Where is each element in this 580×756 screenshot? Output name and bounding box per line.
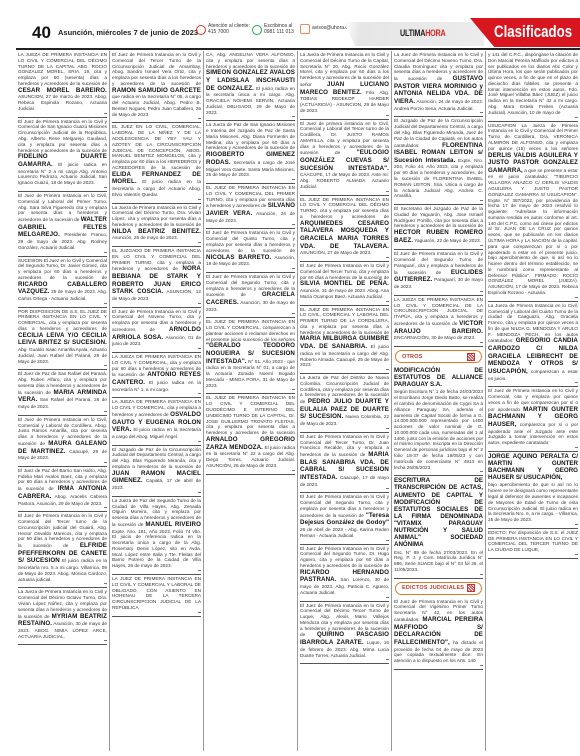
ad-name: FIDELINO DUARTE GAMARRA. [18, 153, 107, 168]
classified-ad: LA JUEZA DE PRIMERA INSTANCIA EN LO CIVI… [112, 353, 201, 398]
qr-code-icon [467, 353, 475, 361]
ad-name: MARIA ARMINDA VERA. [18, 389, 107, 404]
ad-name: NICOLAS BARRETO. [206, 254, 271, 261]
ad-name: MYRIAM BEATRIZ RESTAINO. [18, 613, 107, 628]
ad-code: ▬ [488, 553, 578, 556]
classified-ad: El Juez de Primera Instancia en lo Civil… [18, 192, 107, 257]
ad-code: ▬ [112, 569, 201, 572]
classified-ad: El Juez de Primera Instancia en lo Civil… [394, 598, 483, 670]
brand-logo: ULTIMAHORA [400, 28, 445, 38]
section-label: OTROS [402, 354, 423, 360]
ad-name: MARIA BLAS SANABRIA VDA. DE CABRAL S/ SU… [300, 451, 389, 481]
classifieds-columns: LA JUEZA DE PRIMERA INSTANCIA EN LO CIVI… [16, 51, 580, 751]
ad-name: "Teresa Dejesus González de Godoy" [300, 512, 389, 527]
ad-code: ▬ [18, 302, 107, 305]
ad-code: ▬ [300, 658, 389, 661]
classified-ad: El Juez de Primera Instancia en lo Civil… [112, 51, 201, 123]
classified-ad: La Jueza de Paz del Segundo Turno de la … [112, 497, 201, 575]
classified-ad: EL JUEZ DE PRIMERA INSTANCIA EN LO CIVIL… [206, 318, 295, 394]
phone-icon [196, 25, 206, 35]
ad-code: ▬ [206, 388, 295, 391]
ad-code: ▬ [394, 470, 483, 473]
classified-ad: El Juez de Primera Instancia en lo Civil… [206, 273, 295, 318]
ad-code: ▬ [18, 639, 107, 642]
classified-ad: LA JUEZ DE PRIMERA INSTANCIA EN LO CIVIL… [112, 575, 201, 617]
classified-ad: El Juez de Paz del Barrio San Isidro, Ab… [18, 467, 107, 512]
ad-code: ▬ [300, 368, 389, 371]
ad-name: ELFRIDE PFEFFERKORN DE CANETE S/ SUCESIO… [18, 542, 107, 564]
ad-code: ▬ [300, 539, 389, 542]
classified-ad: El Juzgado de Paz de la Circunscripción … [394, 117, 483, 205]
section-tag-otros: OTROS [395, 350, 482, 363]
ad-name: SIMEON GONZALEZ AVALOS Y LADISLAA INSCHA… [206, 69, 295, 91]
ad-code: ▬ [394, 341, 483, 344]
page-header: 40 Asunción, miércoles 7 de junio de 202… [0, 0, 580, 48]
classified-ad: EL JUEZ DE PRIMERA INSTANCIA EN LO CIVIL… [206, 394, 295, 474]
ad-code: ▬ [206, 223, 295, 226]
classified-ad: EL JUEZ DE PRIMERA INSTANCIA EN LO CIVIL… [300, 196, 389, 262]
column-3: CA, Abg. ANGELINA VERA ALFONSO, cita y e… [204, 51, 298, 751]
ad-name: ARNALDO GREGORIO ZARZA MENDOZA. [206, 436, 295, 451]
ad-code: ▬ [488, 296, 578, 299]
ad-code: ▬ [18, 364, 107, 367]
ad-code: ▬ [112, 440, 201, 443]
issue-date: Asunción, miércoles 7 de junio de 2023 [58, 28, 198, 37]
ad-name: ELIDA FERNANDEZ DE MOREL. [112, 171, 201, 186]
classified-ad: EL JUEZ DE PRIMERA INSTANCIA EN LO CIVIL… [300, 306, 389, 375]
ad-name: GREGORIO CANDIA CARDOZO C/ NILDA GRACIEL… [488, 337, 578, 375]
classified-ad: El Juez de Primera Instancia en lo Civil… [488, 387, 578, 452]
classified-ad: LA JUEZA DE PRIMERA INSTANCIA EN LO CIVI… [112, 398, 201, 445]
classified-ad: LA JUEZA DE PRIMERA INSTANCIA EN LO CIVI… [18, 51, 107, 118]
ad-name: PEDRO JULIO DUARTE Y EULALIA PAEZ DE DUA… [300, 398, 389, 420]
ad-name: NORA BEBIANA DE STARK Y ROBERTO JUAN ERI… [112, 265, 201, 295]
classified-ad: El Juez de Primera Instancia en lo Civil… [394, 250, 483, 295]
ad-code: ▬ [488, 116, 578, 119]
ad-name: HECTOR RUBEN ROMERO BAEZ. [394, 229, 483, 244]
section-banner: Clasificados [470, 18, 580, 47]
ad-name: JUAN RAMON MACIEL GIMENEZ. [112, 470, 201, 485]
classified-ad: MODIFICACIÓN DE ESTATUTOS DE ALLIANCE PA… [394, 366, 483, 476]
section-tag-edictos: EDICTOS JUDICIALES [395, 582, 482, 595]
classified-ad: EL JUZGADO DE PRIMERA INSTANCIA EN LO CI… [112, 247, 201, 308]
ad-name: DERLIS VALDIS AGUILERA Y JUSTO PASTOR GO… [488, 152, 578, 174]
classified-ad: El Juez de Primera Instancia en lo Civil… [300, 262, 389, 306]
classified-ad: EDICTO: Por disposición de S.S. el JUEZ … [488, 529, 578, 559]
ad-code: ▬ [206, 115, 295, 118]
ad-name: MARTIN GUNTER BACHMANN Y GEORG HAUSER, [488, 406, 578, 428]
ad-name: JUAN LUCIANO MARECO BENITEZ. [300, 81, 389, 96]
ad-code: ▬ [488, 381, 578, 384]
ad-code: ▬ [112, 302, 201, 305]
ad-code: ▬ [300, 427, 389, 430]
classified-ad: El Juez de Primera Instancia en lo Civil… [300, 602, 389, 665]
ad-name: ARQUIMEDES CESAREO TALAVERA MOSQUEDA Y G… [300, 220, 389, 250]
page-number: 40 [32, 23, 51, 43]
classified-ad: LA JUEZA DE PRIMERA INSTANCIA EN LO CIVI… [394, 296, 483, 347]
column-5: La Juez de Primera Instancia en lo Civil… [392, 51, 486, 751]
ad-name: IRMA ANTONIA CABRERA. [18, 485, 107, 500]
ad-name: EUCLIDES GUTIERREZ. [394, 269, 483, 284]
ad-name: RIGOBERTO GIMENEZ RODAS. [206, 151, 295, 166]
ad-code: ▬ [300, 114, 389, 117]
classified-ad: El Juez de Primera Instancia en lo Civil… [300, 493, 389, 544]
ad-code: ▬ [300, 300, 389, 303]
ad-code: ▬ [300, 256, 389, 259]
ad-code: ▬ [488, 446, 578, 449]
contact-whatsapp: Escribinos al0981 111 013 [252, 24, 294, 35]
classified-ad: La Jueza de Primera Instancia en lo Civi… [300, 51, 389, 120]
ad-name: MAURA GALEANO DE MARTINEZ. [18, 440, 107, 455]
ad-name: "EULOGIO GONZÁLEZ CUEVAS S/ SUCESIÓN INT… [300, 149, 389, 171]
mail-icon [300, 24, 310, 34]
ad-code: ▬ [394, 664, 483, 667]
ad-code: ▬ [112, 198, 201, 201]
ad-code: ▬ [394, 244, 483, 247]
ad-code: ▬ [112, 392, 201, 395]
ad-code: ▬ [18, 112, 107, 115]
ad-code: ▬ [18, 186, 107, 189]
classified-ad: CA, Abg. ANGELINA VERA ALFONSO, cita y e… [206, 51, 295, 121]
ad-code: ▬ [206, 312, 295, 315]
column-1: LA JUEZA DE PRIMERA INSTANCIA EN LO CIVI… [16, 51, 110, 751]
column-2: El Juez de Primera Instancia en lo Civil… [110, 51, 204, 751]
classified-ad: El Juez de Primera Instancia en lo Civil… [18, 416, 107, 467]
classified-ad: La Jueza de Primera Instancia en lo Civi… [18, 588, 107, 645]
ad-code: ▬ [300, 487, 389, 490]
classified-ad: El Juez de primera instancia en lo Civil… [300, 120, 389, 196]
ad-code: ▬ [300, 596, 389, 599]
ad-code: ▬ [112, 117, 201, 120]
column-6: y 141 del C.P.C., dispóngase la citación… [486, 51, 580, 751]
ad-name: WALTER GABRIEL FELTES MELGAREJO. [18, 216, 107, 238]
classified-ad: ESCRITURA DE TRANSCRIPCIÓN DE ACTAS, AUM… [394, 476, 483, 578]
whatsapp-icon [252, 25, 262, 35]
ad-name: ANTONIO REYES CANTERO. [112, 371, 201, 386]
classified-ad: La Jueza de Paz de San Ignacio Misiones … [206, 121, 295, 184]
ad-code: ▬ [18, 251, 107, 254]
ad-code: ▬ [394, 111, 483, 114]
classified-ad: USUCAPION La Jueza de Primera Instancia … [488, 122, 578, 302]
ad-name: RAMON SAMUDIO GARCETE [112, 87, 201, 94]
ad-name: SILVIA MONTIEL DE PEÑA. [300, 280, 389, 287]
ad-code: ▬ [206, 178, 295, 181]
classified-ad: La Juez de Primera Instancia en lo Civil… [394, 51, 483, 117]
ad-name: OSVALDO GAUTO Y EUGENIA ROLON VERA. [112, 411, 201, 433]
ad-title: JORGE AQUINO PERALTA C/ MARTIN GUNTER BA… [488, 453, 578, 482]
classified-ad: EL JUEZ EN LO CIVIL, COMERCIAL, LABORAL … [112, 123, 201, 203]
classified-ad: El Juez de Primera Instancia en lo Civil… [300, 433, 389, 494]
ad-code: ▬ [18, 506, 107, 509]
ad-name: VICTOR ARAUJO BAREIRO. [394, 320, 483, 335]
column-4: La Jueza de Primera Instancia en lo Civi… [298, 51, 392, 751]
ad-code: ▬ [112, 347, 201, 350]
ad-code: ▬ [394, 573, 483, 576]
classified-ad: La Jueza de Paz del Distrito de Nueva Co… [300, 374, 389, 433]
ad-name: ARNOLDO ARRIOLA SOSA. [112, 326, 201, 341]
section-label: EDICTOS JUDICIALES [402, 585, 464, 591]
classified-ad: El Secretario del Juzgado de Paz de la C… [394, 205, 483, 250]
classified-ad: JORGE AQUINO PERALTA C/ MARTIN GUNTER BA… [488, 452, 578, 529]
classified-ad: La Jueza de Primera Instancia en lo Civi… [112, 204, 201, 248]
ad-name: QUIRINO PASCASIO IBARROLA ZARATE. [300, 631, 389, 646]
ad-title: MODIFICACIÓN DE ESTATUTOS DE ALLIANCE PA… [394, 367, 483, 388]
ad-name: RICARDO CABALLERO VAZQUEZ. [18, 281, 107, 296]
contact-phone: Atención al cliente:415 7000 [196, 24, 250, 35]
classified-ad: El Juez de Primera Instancia en lo Civil… [18, 512, 107, 588]
ad-name: CESAR MOREL BAREIRO. [18, 87, 107, 94]
classified-ad: SUCESION El Juez en lo Civil y Comercial… [18, 257, 107, 308]
qr-code-icon [467, 584, 475, 592]
ad-code: ▬ [300, 190, 389, 193]
ad-code: ▬ [394, 199, 483, 202]
ad-name: GUSTAVO PASTOR VIERA MORINIGO y ANTONIA … [394, 75, 483, 105]
ad-code: ▬ [112, 241, 201, 244]
ad-name: FLORENTINA ISABEL ROMAN LEITON s/ Sucesi… [394, 142, 483, 164]
ad-code: ▬ [206, 469, 295, 472]
ad-code: ▬ [18, 582, 107, 585]
ad-name: GRACIELA CACERES. [206, 291, 295, 306]
classified-ad: El Juzgado de Paz de la Circunscripción … [112, 446, 201, 497]
ad-name: "GERALDO TEODORO NOGUEIRA S/ SUCESION IN… [206, 342, 295, 364]
ad-name: MANUEL RIVEIRO [145, 521, 201, 528]
ad-name: SILVANO JAVIER VERA. [206, 202, 295, 217]
ad-name: CECILIA LEIVA Y/O CECILIA LEIVA BRITEZ S… [18, 332, 107, 347]
classified-ad: POR DISPOSICION DE S.S. EL JUEZ DE PRIME… [18, 308, 107, 371]
classified-ad: La Jueza de Primera Instancia en lo Civi… [488, 302, 578, 388]
classified-ad: El Juez de Primera Instancia en lo Civil… [18, 118, 107, 192]
header-rule [16, 48, 580, 50]
classified-ad: El Juez de Primera Instancia en lo Civil… [112, 308, 201, 353]
classified-ad: EL JUEZ DE PRIMERA INSTANCIA EN LO CIVIL… [206, 184, 295, 229]
classified-ad: El Juez de Primera Instancia en lo Civil… [206, 229, 295, 273]
ad-code: ▬ [112, 491, 201, 494]
ad-code: ▬ [112, 611, 201, 614]
ad-name: MARCIAL PEREIRA MAFFIODO S/ DECLARACIÓN … [394, 616, 483, 646]
classified-ad: y 141 del C.P.C., dispóngase la citación… [488, 51, 578, 122]
classified-ad: El Juez de Primera Instancia en lo Civil… [300, 545, 389, 602]
ad-code: ▬ [488, 523, 578, 526]
ad-code: ▬ [394, 290, 483, 293]
ad-name: NILDA BEATRIZ BENITEZ. [112, 228, 201, 235]
ad-code: ▬ [206, 267, 295, 270]
ad-title: ESCRITURA DE TRANSCRIPCIÓN DE ACTAS, AUM… [394, 477, 483, 548]
ad-code: ▬ [18, 461, 107, 464]
ad-name: MARIA MILBURGA GUIMBRE VDA. DE SANABRIA. [300, 335, 389, 350]
ad-name: RICARDO HERNANDO PASTRANA. [300, 569, 389, 584]
ad-code: ▬ [18, 410, 107, 413]
classified-ad: El Juez de Paz de San Rafael del Paraná,… [18, 370, 107, 415]
